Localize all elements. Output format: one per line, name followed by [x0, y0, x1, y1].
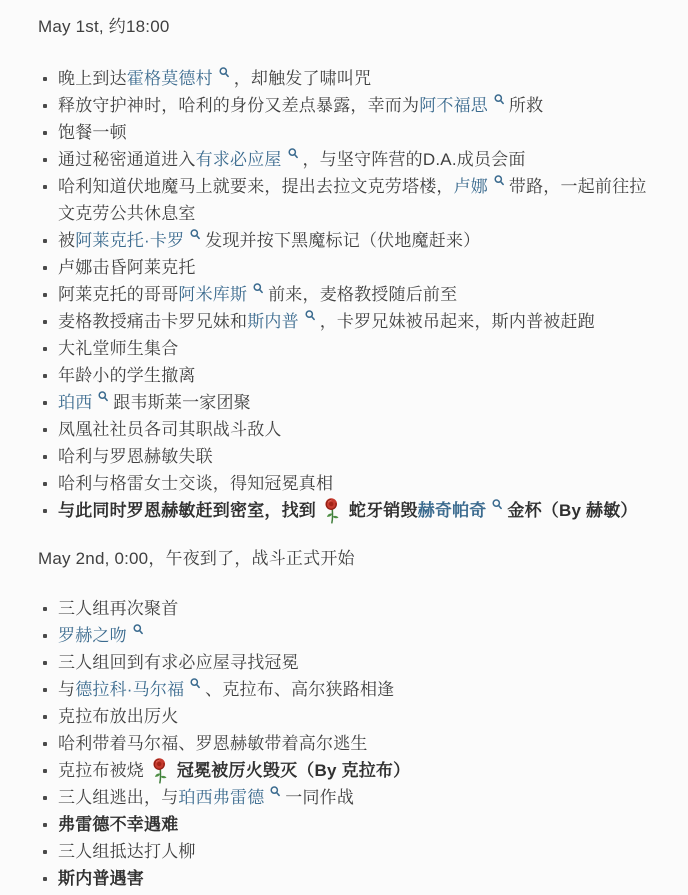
event-text: 前来，麦格教授随后前至 [268, 285, 457, 304]
event-text: 与 [58, 680, 75, 699]
list-item: 大礼堂师生集合 [58, 335, 648, 362]
event-text: 哈利带着马尔福、罗恩赫敏带着高尔逃生 [58, 734, 368, 753]
search-icon[interactable] [190, 229, 200, 240]
list-item: 晚上到达霍格莫德村 ，却触发了啸叫咒 [58, 65, 648, 92]
event-text: 、克拉布、高尔狭路相逢 [205, 680, 394, 699]
event-text: 冠冕被厉火毁灭（By 克拉布） [177, 761, 410, 780]
event-text: 麦格教授痛击卡罗兄妹和 [58, 312, 247, 331]
search-icon[interactable] [492, 499, 502, 510]
event-text: 与此同时罗恩赫敏赶到密室，找到 [58, 501, 316, 520]
event-text: 跟韦斯莱一家团聚 [113, 393, 251, 412]
list-item: 阿莱克托的哥哥阿米库斯 前来，麦格教授随后前至 [58, 281, 648, 308]
event-text: 金杯（By 赫敏） [507, 501, 637, 520]
event-text: 阿莱克托的哥哥 [58, 285, 178, 304]
list-item: 哈利带着马尔福、罗恩赫敏带着高尔逃生 [58, 730, 648, 757]
rose-icon [322, 497, 343, 524]
event-text: 年龄小的学生撤离 [58, 366, 196, 385]
keyword-link[interactable]: 阿米库斯 [178, 285, 268, 304]
event-text: 哈利与罗恩赫敏失联 [58, 447, 213, 466]
list-item: 麦格教授痛击卡罗兄妹和斯内普 ，卡罗兄妹被吊起来，斯内普被赶跑 [58, 308, 648, 335]
section-heading-may1: May 1st, 约18:00 [38, 13, 648, 40]
event-text: 三人组回到有求必应屋寻找冠冕 [58, 653, 299, 672]
event-text: 释放守护神时，哈利的身份又差点暴露，幸而为 [58, 96, 419, 115]
list-item: 与德拉科·马尔福 、克拉布、高尔狭路相逢 [58, 676, 648, 703]
search-icon[interactable] [305, 310, 315, 321]
event-text: 发现并按下黑魔标记（伏地魔赶来） [205, 231, 480, 250]
keyword-link[interactable]: 霍格莫德村 [127, 69, 234, 88]
event-text: 弗雷德不幸遇难 [58, 815, 178, 834]
rose-icon [150, 757, 171, 784]
event-text: 三人组逃出，与 [58, 788, 178, 807]
keyword-link[interactable]: 阿莱克托·卡罗 [75, 231, 205, 250]
keyword-link[interactable]: 珀西弗雷德 [178, 788, 285, 807]
event-list-may2: 三人组再次聚首罗赫之吻 三人组回到有求必应屋寻找冠冕与德拉科·马尔福 、克拉布、… [38, 595, 648, 892]
event-text: 克拉布放出厉火 [58, 707, 178, 726]
keyword-link[interactable]: 阿不福思 [419, 96, 509, 115]
event-list-may1: 晚上到达霍格莫德村 ，却触发了啸叫咒释放守护神时，哈利的身份又差点暴露，幸而为阿… [38, 65, 648, 524]
search-icon[interactable] [494, 175, 504, 186]
keyword-link[interactable]: 斯内普 [247, 312, 319, 331]
list-item: 三人组抵达打人柳 [58, 838, 648, 865]
event-text: 被 [58, 231, 75, 250]
event-text: 所救 [509, 96, 543, 115]
event-text: 三人组抵达打人柳 [58, 842, 196, 861]
event-text: 大礼堂师生集合 [58, 339, 178, 358]
list-item: 珀西 跟韦斯莱一家团聚 [58, 389, 648, 416]
event-text: 哈利与格雷女士交谈，得知冠冕真相 [58, 474, 333, 493]
list-item: 哈利知道伏地魔马上就要来，提出去拉文克劳塔楼，卢娜 带路，一起前往拉文克劳公共休… [58, 173, 648, 227]
keyword-link[interactable]: 赫奇帕奇 [418, 501, 508, 520]
event-text: 蛇牙销毁 [349, 501, 418, 520]
keyword-link[interactable]: 有求必应屋 [196, 150, 303, 169]
list-item: 三人组回到有求必应屋寻找冠冕 [58, 649, 648, 676]
list-item: 释放守护神时，哈利的身份又差点暴露，幸而为阿不福思 所救 [58, 92, 648, 119]
search-icon[interactable] [288, 148, 298, 159]
event-text: 凤凰社社员各司其职战斗敌人 [58, 420, 282, 439]
keyword-link[interactable]: 珀西 [58, 393, 113, 412]
event-text: 晚上到达 [58, 69, 127, 88]
event-text: ，卡罗兄妹被吊起来，斯内普被赶跑 [320, 312, 595, 331]
event-text: 克拉布被烧 [58, 761, 144, 780]
list-item: 哈利与格雷女士交谈，得知冠冕真相 [58, 470, 648, 497]
list-item: 卢娜击昏阿莱克托 [58, 254, 648, 281]
list-item: 三人组再次聚首 [58, 595, 648, 622]
list-item: 克拉布被烧 冠冕被厉火毁灭（By 克拉布） [58, 757, 648, 784]
list-item: 弗雷德不幸遇难 [58, 811, 648, 838]
keyword-link[interactable]: 德拉科·马尔福 [75, 680, 205, 699]
keyword-link[interactable]: 卢娜 [454, 177, 509, 196]
list-item: 哈利与罗恩赫敏失联 [58, 443, 648, 470]
event-text: 饱餐一顿 [58, 123, 127, 142]
keyword-link[interactable]: 罗赫之吻 [58, 626, 143, 645]
event-text: 卢娜击昏阿莱克托 [58, 258, 196, 277]
event-text: 斯内普遇害 [58, 869, 144, 888]
event-text: 通过秘密通道进入 [58, 150, 196, 169]
search-icon[interactable] [494, 94, 504, 105]
list-item: 被阿莱克托·卡罗 发现并按下黑魔标记（伏地魔赶来） [58, 227, 648, 254]
list-item: 通过秘密通道进入有求必应屋 ，与坚守阵营的D.A.成员会面 [58, 146, 648, 173]
list-item: 克拉布放出厉火 [58, 703, 648, 730]
section-heading-may2: May 2nd, 0:00，午夜到了，战斗正式开始 [38, 545, 648, 572]
list-item: 三人组逃出，与珀西弗雷德 一同作战 [58, 784, 648, 811]
list-item: 罗赫之吻 [58, 622, 648, 649]
list-item: 饱餐一顿 [58, 119, 648, 146]
event-text: ，却触发了啸叫咒 [234, 69, 372, 88]
search-icon[interactable] [190, 678, 200, 689]
search-icon[interactable] [98, 391, 108, 402]
search-icon[interactable] [219, 67, 229, 78]
list-item: 年龄小的学生撤离 [58, 362, 648, 389]
list-item: 凤凰社社员各司其职战斗敌人 [58, 416, 648, 443]
event-text: 哈利知道伏地魔马上就要来，提出去拉文克劳塔楼， [58, 177, 454, 196]
event-text: ，与坚守阵营的D.A.成员会面 [302, 150, 525, 169]
search-icon[interactable] [133, 624, 143, 635]
search-icon[interactable] [270, 786, 280, 797]
list-item: 斯内普遇害 [58, 865, 648, 892]
event-text: 一同作战 [285, 788, 354, 807]
timeline-document: May 1st, 约18:00 晚上到达霍格莫德村 ，却触发了啸叫咒释放守护神时… [0, 0, 688, 892]
event-text: 三人组再次聚首 [58, 599, 178, 618]
list-item: 与此同时罗恩赫敏赶到密室，找到 蛇牙销毁赫奇帕奇 金杯（By 赫敏） [58, 497, 648, 524]
search-icon[interactable] [253, 283, 263, 294]
